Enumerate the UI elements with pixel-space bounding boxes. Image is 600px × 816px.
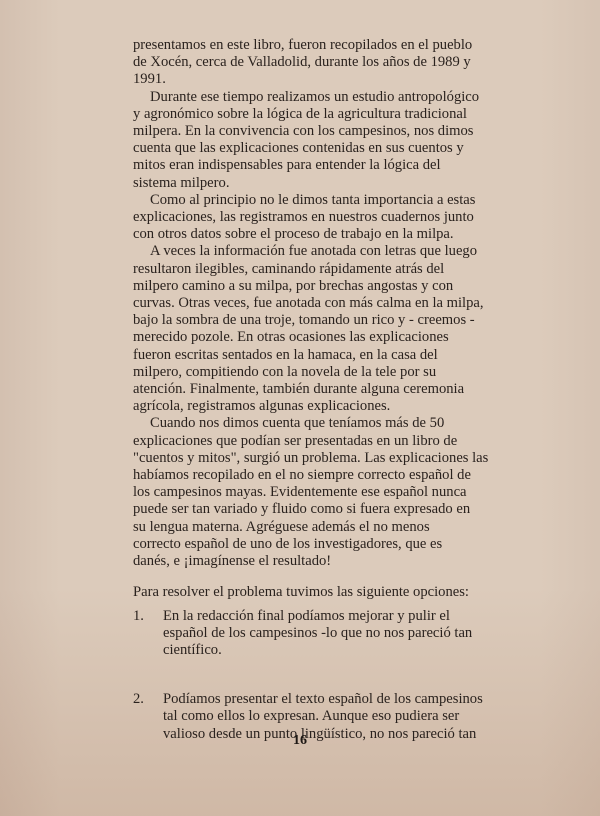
spacer	[133, 570, 493, 584]
text-line: cuenta que las explicaciones contenidas …	[133, 140, 493, 157]
text-line: Como al principio no le dimos tanta impo…	[133, 192, 493, 209]
text-line: milpero camino a su milpa, por brechas a…	[133, 278, 493, 295]
paragraph-como: Como al principio no le dimos tanta impo…	[133, 192, 493, 244]
text-line: los campesinos mayas. Evidentemente ese …	[133, 484, 493, 501]
text-line: Podíamos presentar el texto español de l…	[163, 691, 493, 708]
text-line: sistema milpero.	[133, 175, 493, 192]
text-line: Para resolver el problema tuvimos las si…	[133, 584, 493, 601]
option-item-1: 1. En la redacción final podíamos mejora…	[133, 608, 493, 660]
text-line: merecido pozole. En otras ocasiones las …	[133, 329, 493, 346]
paragraph-cuando: Cuando nos dimos cuenta que teníamos más…	[133, 415, 493, 570]
text-line: milpero, compitiendo con la novela de la…	[133, 364, 493, 381]
text-line: con otros datos sobre el proceso de trab…	[133, 226, 493, 243]
page-body: presentamos en este libro, fueron recopi…	[133, 37, 493, 743]
list-number: 2.	[133, 691, 144, 708]
text-line: mitos eran indispensables para entender …	[133, 157, 493, 174]
text-line: 1991.	[133, 71, 493, 88]
text-line: fueron escritas sentados en la hamaca, e…	[133, 347, 493, 364]
text-line: agrícola, registramos algunas explicacio…	[133, 398, 493, 415]
text-line: "cuentos y mitos", surgió un problema. L…	[133, 450, 493, 467]
paragraph-a-veces: A veces la información fue anotada con l…	[133, 243, 493, 415]
text-line: y agronómico sobre la lógica de la agric…	[133, 106, 493, 123]
text-line: de Xocén, cerca de Valladolid, durante l…	[133, 54, 493, 71]
text-line: Cuando nos dimos cuenta que teníamos más…	[133, 415, 493, 432]
spacer	[133, 659, 493, 691]
list-number: 1.	[133, 608, 144, 625]
text-line: su lengua materna. Agréguese además el n…	[133, 519, 493, 536]
text-line: En la redacción final podíamos mejorar y…	[163, 608, 493, 625]
text-line: puede ser tan variado y fluido como si f…	[133, 501, 493, 518]
text-line: explicaciones, las registramos en nuestr…	[133, 209, 493, 226]
text-line: curvas. Otras veces, fue anotada con más…	[133, 295, 493, 312]
text-line: tal como ellos lo expresan. Aunque eso p…	[163, 708, 493, 725]
text-line: resultaron ilegibles, caminando rápidame…	[133, 261, 493, 278]
text-line: Durante ese tiempo realizamos un estudio…	[133, 89, 493, 106]
paragraph-durante: Durante ese tiempo realizamos un estudio…	[133, 89, 493, 192]
text-line: bajo la sombra de una troje, tomando un …	[133, 312, 493, 329]
text-line: presentamos en este libro, fueron recopi…	[133, 37, 493, 54]
text-line: habíamos recopilado en el no siempre cor…	[133, 467, 493, 484]
text-line: milpera. En la convivencia con los campe…	[133, 123, 493, 140]
paragraph-intro: presentamos en este libro, fueron recopi…	[133, 37, 493, 89]
text-line: danés, e ¡imagínense el resultado!	[133, 553, 493, 570]
text-line: español de los campesinos -lo que no nos…	[163, 625, 493, 642]
options-intro: Para resolver el problema tuvimos las si…	[133, 584, 493, 601]
text-line: atención. Finalmente, también durante al…	[133, 381, 493, 398]
text-line: correcto español de uno de los investiga…	[133, 536, 493, 553]
page-number: 16	[0, 733, 600, 749]
text-line: explicaciones que podían ser presentadas…	[133, 433, 493, 450]
text-line: científico.	[163, 642, 493, 659]
text-line: A veces la información fue anotada con l…	[133, 243, 493, 260]
